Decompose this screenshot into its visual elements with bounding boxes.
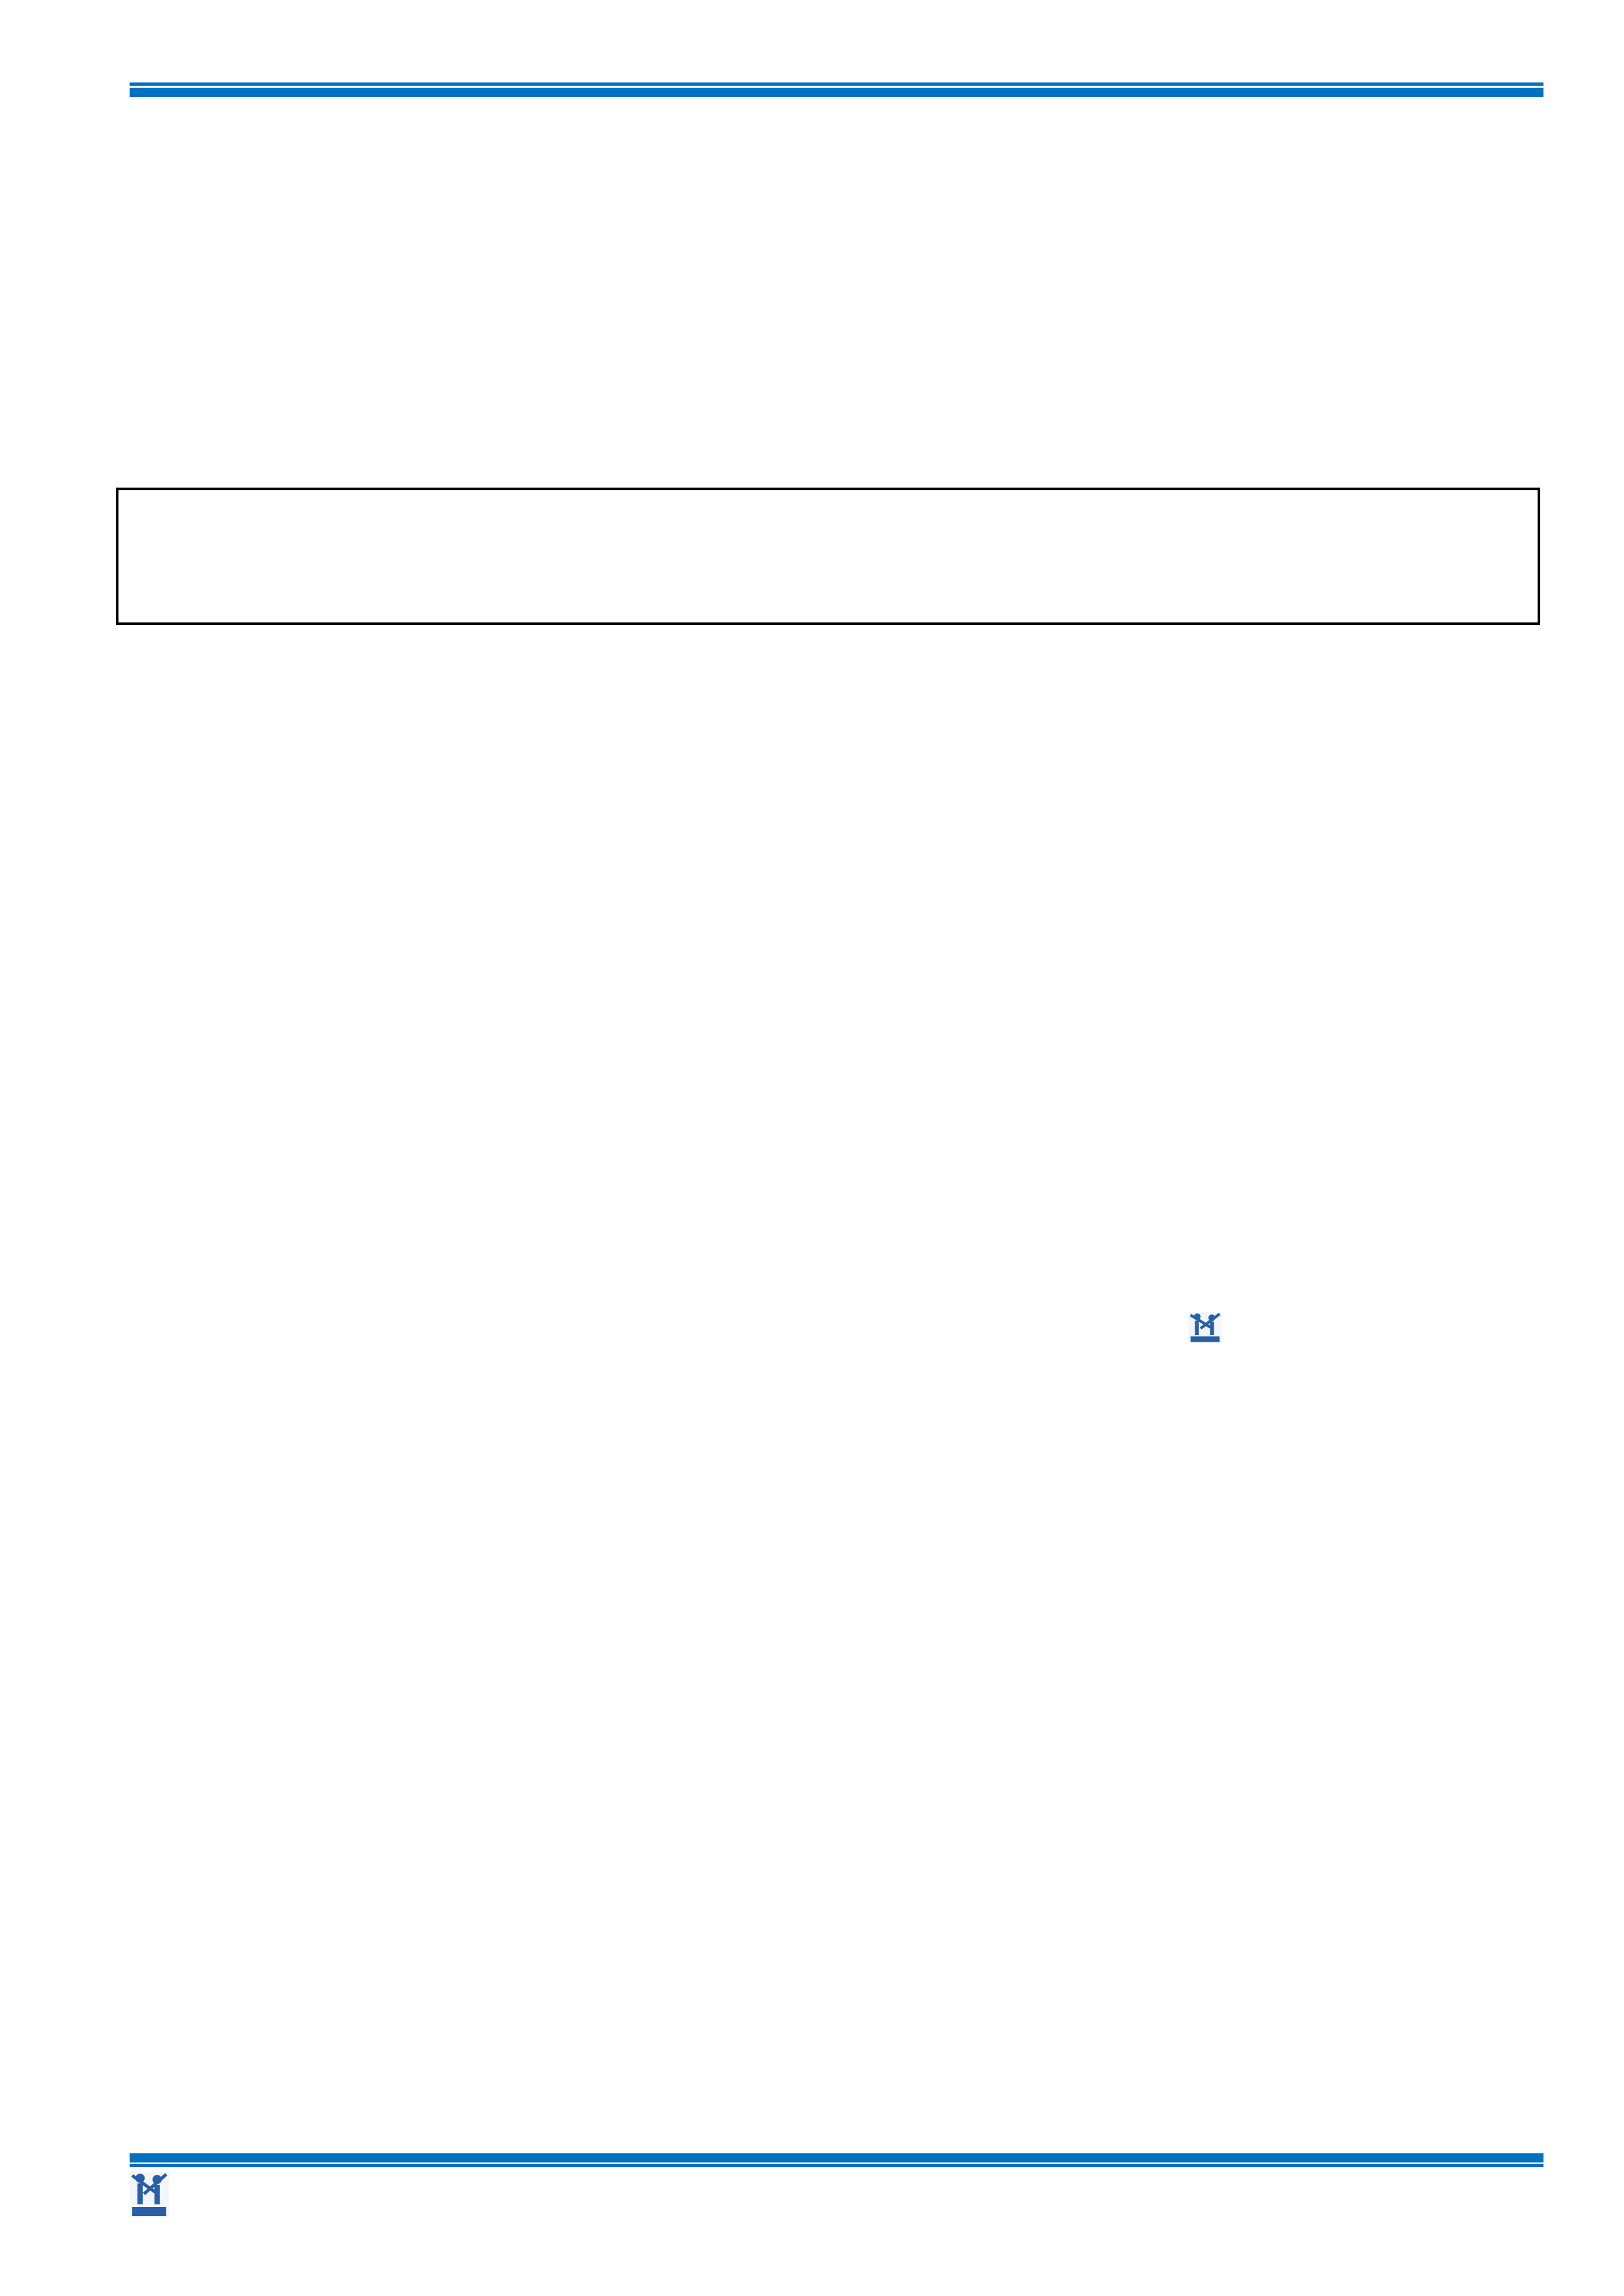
header-rule-thick xyxy=(130,88,1543,97)
header-rule-thin xyxy=(130,82,1543,86)
hocmai-logo-icon xyxy=(1187,1312,1223,1343)
watermark xyxy=(0,0,1624,2296)
source-line xyxy=(1046,1306,1227,1355)
hocmai-logo-icon xyxy=(130,2172,169,2217)
signature-block xyxy=(1046,1306,1227,1355)
page-header xyxy=(130,43,1543,76)
footer-rule-thin xyxy=(130,2164,1543,2167)
word-box xyxy=(116,488,1540,625)
footer-rule-thick xyxy=(130,2153,1543,2162)
page-footer xyxy=(130,2172,1543,2224)
